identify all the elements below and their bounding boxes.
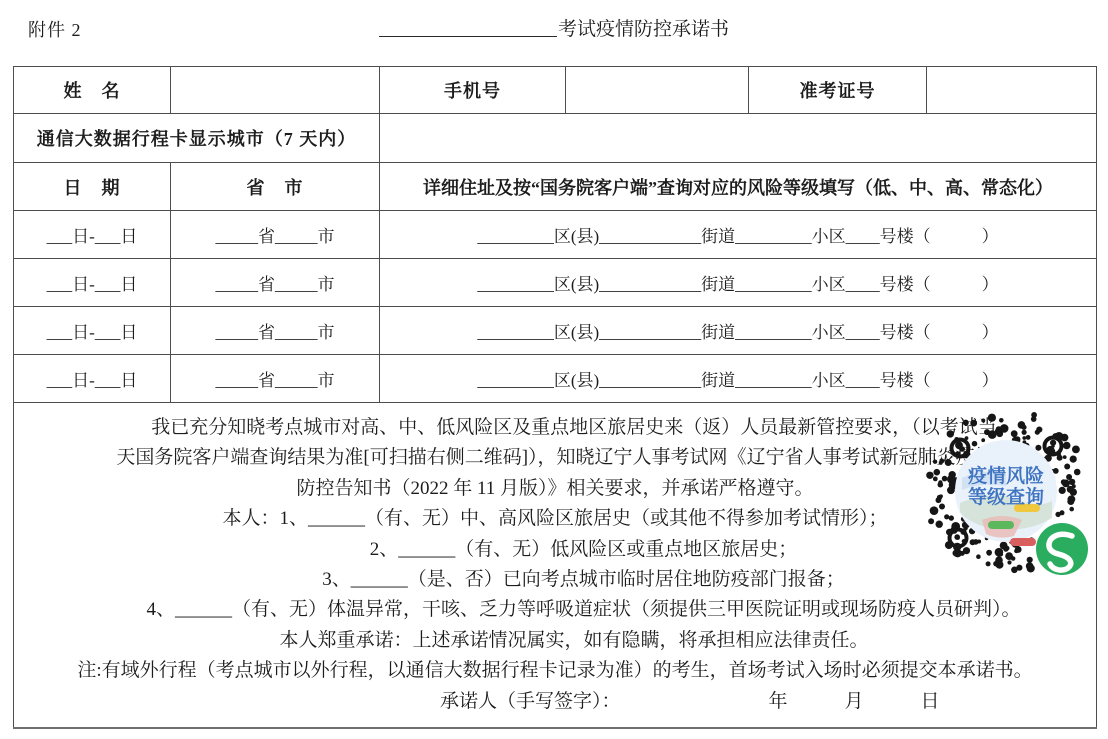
province-blank-cell: _____省_____市 (171, 355, 380, 403)
trip-card-value-cell (380, 114, 1097, 163)
date-blank-cell: ___日-___日 (14, 259, 171, 307)
date-blank-cell: ___日-___日 (14, 355, 171, 403)
table-row-travel-1: ___日-___日 _____省_____市 _________区(县)____… (14, 211, 1097, 259)
table-row-travel-2: ___日-___日 _____省_____市 _________区(县)____… (14, 259, 1097, 307)
name-value-cell (171, 67, 380, 114)
trip-card-label: 通信大数据行程卡显示城市（7 天内） (14, 114, 380, 163)
phone-label: 手机号 (380, 67, 566, 114)
province-column-label: 省 市 (171, 163, 380, 211)
province-blank-cell: _____省_____市 (171, 211, 380, 259)
table-row-declaration: 我已充分知晓考点城市对高、中、低风险区及重点地区旅居史来（返）人员最新管控要求，… (14, 403, 1097, 729)
address-blank-cell: _________区(县)____________街道_________小区__… (380, 259, 1097, 307)
name-label: 姓 名 (14, 67, 171, 114)
solemn-promise-line: 本人郑重承诺：上述承诺情况属实，如有隐瞒，将承担相应法律责任。 (16, 626, 1094, 656)
risk-level-qr-code: 疫情风险 等级查询 (922, 408, 1090, 576)
declaration-cell: 我已充分知晓考点城市对高、中、低风险区及重点地区旅居史来（返）人员最新管控要求，… (14, 403, 1097, 729)
declaration-item-4: 4、______（有、无）体温异常，干咳、乏力等呼吸道症状（须提供三甲医院证明或… (73, 595, 1094, 625)
title-blank-underline (379, 35, 557, 37)
signature-line: 承诺人（手写签字）： 年 月 日 (16, 687, 1094, 717)
signature-label: 承诺人（手写签字）： (440, 687, 621, 717)
mini-program-logo-icon (1036, 523, 1088, 575)
address-blank-cell: _________区(县)____________街道_________小区__… (380, 355, 1097, 403)
qr-center-text-line1: 疫情风险 (968, 464, 1044, 487)
day-label: 日 (921, 687, 940, 717)
province-blank-cell: _____省_____市 (171, 259, 380, 307)
commitment-form-table: 姓 名 手机号 准考证号 通信大数据行程卡显示城市（7 天内） 日 期 省 市 … (13, 66, 1097, 729)
table-row-identity: 姓 名 手机号 准考证号 (14, 67, 1097, 114)
date-blank-cell: ___日-___日 (14, 307, 171, 355)
table-row-travel-4: ___日-___日 _____省_____市 _________区(县)____… (14, 355, 1097, 403)
note-line: 注:有域外行程（考点城市以外行程，以通信大数据行程卡记录为准）的考生，首场考试入… (16, 656, 1094, 686)
province-blank-cell: _____省_____市 (171, 307, 380, 355)
table-row-column-headers: 日 期 省 市 详细住址及按“国务院客户端”查询对应的风险等级填写（低、中、高、… (14, 163, 1097, 211)
date-blank-cell: ___日-___日 (14, 211, 171, 259)
table-row-travel-3: ___日-___日 _____省_____市 _________区(县)____… (14, 307, 1097, 355)
table-row-trip-card: 通信大数据行程卡显示城市（7 天内） (14, 114, 1097, 163)
address-column-label: 详细住址及按“国务院客户端”查询对应的风险等级填写（低、中、高、常态化） (380, 163, 1097, 211)
address-blank-cell: _________区(县)____________街道_________小区__… (380, 307, 1097, 355)
page-title-text: 考试疫情防控承诺书 (558, 19, 729, 40)
address-blank-cell: _________区(县)____________街道_________小区__… (380, 211, 1097, 259)
qr-center-text-line2: 等级查询 (968, 485, 1044, 508)
year-label: 年 (769, 687, 788, 717)
phone-value-cell (566, 67, 749, 114)
date-column-label: 日 期 (14, 163, 171, 211)
month-label: 月 (845, 687, 864, 717)
ticket-number-label: 准考证号 (749, 67, 927, 114)
page-title: 考试疫情防控承诺书 (0, 14, 1108, 41)
ticket-number-value-cell (927, 67, 1097, 114)
